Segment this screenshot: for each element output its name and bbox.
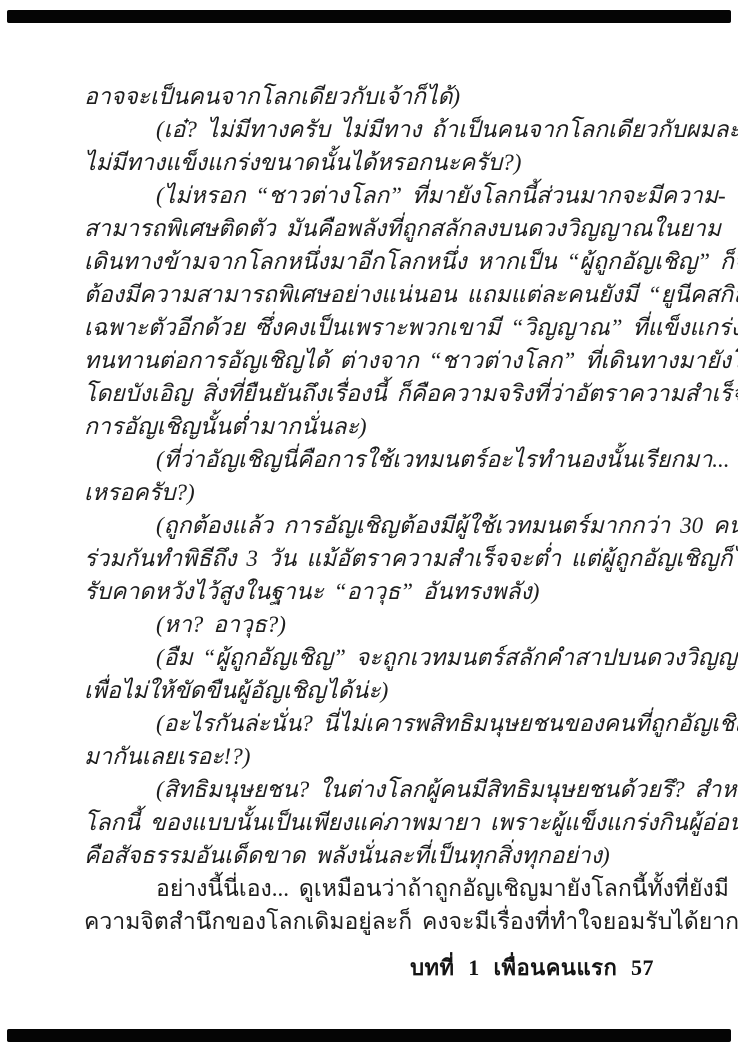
text-line: (หา? อาวุธ?) [84,608,658,641]
page-number: 57 [631,955,654,980]
text-line: การอัญเชิญนั้นต่ำมากนั่นละ) [84,410,658,443]
text-line: เพื่อไม่ให้ขัดขืนผู้อัญเชิญได้น่ะ) [84,674,658,707]
text-line: ความจิตสำนึกของโลกเดิมอยู่ละก็ คงจะมีเรื… [84,905,658,938]
text-line: โลกนี้ ของแบบนั้นเป็นเพียงแค่ภาพมายา เพร… [84,806,658,839]
scan-artifact-bottom-bar [7,1029,731,1042]
text-line: ไม่มีทางแข็งแกร่งขนาดนั้นได้หรอกนะครับ?) [84,146,658,179]
chapter-label: บทที่ 1 [410,955,480,980]
text-line: เหรอครับ?) [84,476,658,509]
text-line: (อืม “ผู้ถูกอัญเชิญ” จะถูกเวทมนตร์สลักคำ… [84,641,658,674]
page-footer: บทที่ 1 เพื่อนคนแรก 57 [84,951,654,985]
text-line: โดยบังเอิญ สิ่งที่ยืนยันถึงเรื่องนี้ ก็ค… [84,377,658,410]
text-line: อาจจะเป็นคนจากโลกเดียวกับเจ้าก็ได้) [84,80,658,113]
scanned-book-page: { "colors": { "page_background": "#fffff… [0,0,738,1051]
text-line: สามารถพิเศษติดตัว มันคือพลังที่ถูกสลักลง… [84,212,658,245]
page-text-block: อาจจะเป็นคนจากโลกเดียวกับเจ้าก็ได้) (เอ๋… [84,80,658,938]
text-line: คือสัจธรรมอันเด็ดขาด พลังนั่นละที่เป็นทุ… [84,839,658,872]
text-line: (อะไรกันล่ะนั่น? นี่ไม่เคารพสิทธิมนุษยชน… [84,707,658,740]
text-line: เฉพาะตัวอีกด้วย ซึ่งคงเป็นเพราะพวกเขามี … [84,311,658,344]
chapter-title: เพื่อนคนแรก [493,955,617,980]
text-line: มากันเลยเรอะ!?) [84,740,658,773]
text-line: ร่วมกันทำพิธีถึง 3 วัน แม้อัตราความสำเร็… [84,542,658,575]
text-line: (ไม่หรอก “ชาวต่างโลก” ที่มายังโลกนี้ส่วน… [84,179,658,212]
text-line: เดินทางข้ามจากโลกหนึ่งมาอีกโลกหนึ่ง หากเ… [84,245,658,278]
scan-artifact-top-bar [7,10,731,23]
text-line: อย่างนี้นี่เอง... ดูเหมือนว่าถ้าถูกอัญเช… [84,872,658,905]
text-line: (ถูกต้องแล้ว การอัญเชิญต้องมีผู้ใช้เวทมน… [84,509,658,542]
text-line: ต้องมีความสามารถพิเศษอย่างแน่นอน แถมแต่ล… [84,278,658,311]
text-line: (สิทธิมนุษยชน? ในต่างโลกผู้คนมีสิทธิมนุษ… [84,773,658,806]
text-line: (เอ๋? ไม่มีทางครับ ไม่มีทาง ถ้าเป็นคนจาก… [84,113,658,146]
text-line: (ที่ว่าอัญเชิญนี่คือการใช้เวทมนตร์อะไรทำ… [84,443,658,476]
text-line: รับคาดหวังไว้สูงในฐานะ “อาวุธ” อันทรงพลั… [84,575,658,608]
text-line: ทนทานต่อการอัญเชิญได้ ต่างจาก “ชาวต่างโล… [84,344,658,377]
